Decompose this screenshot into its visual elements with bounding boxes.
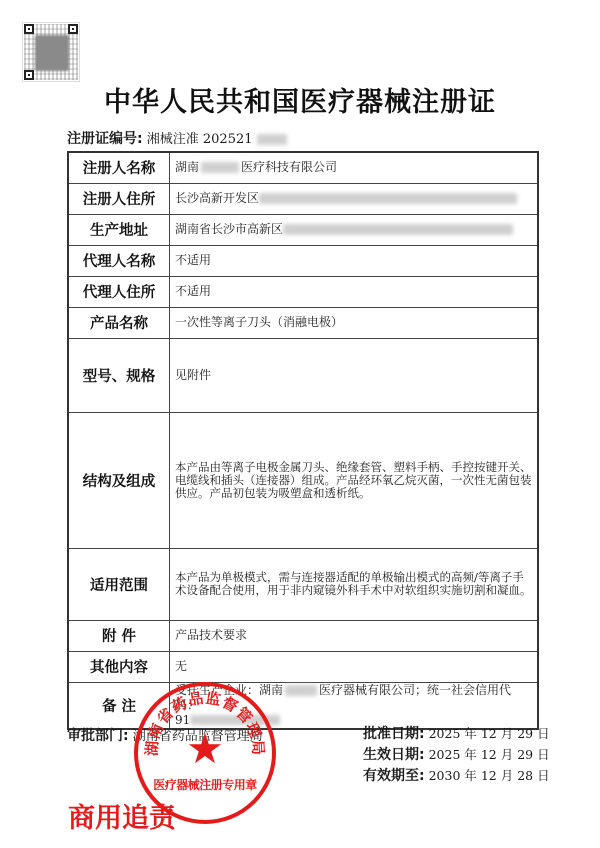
row-label: 适用范围 xyxy=(68,548,170,620)
value-text: 长沙高新开发区 xyxy=(175,191,259,205)
row-value: 见附件 xyxy=(170,338,539,412)
table-row: 产品名称 一次性等离子刀头（消融电极） xyxy=(68,307,538,338)
document-title: 中华人民共和国医疗器械注册证 xyxy=(0,80,600,119)
date-value: 2025 年 12 月 29 日 xyxy=(429,726,550,741)
row-value: 无 xyxy=(170,651,539,682)
watermark-text: 商用追责 xyxy=(68,796,176,835)
row-value: 不适用 xyxy=(170,245,539,276)
table-row: 型号、规格 见附件 xyxy=(68,338,538,412)
date-value: 2025 年 12 月 29 日 xyxy=(429,747,550,762)
registration-number-value: 湘械注准 202521 xyxy=(147,132,253,147)
table-row: 备 注 受托生产企业：湖南医疗器械有限公司；统一社会信用代码： 91 xyxy=(68,682,538,729)
row-label: 注册人住所 xyxy=(68,183,170,214)
approval-department-value: 湖南省药品监督管理局 xyxy=(133,729,263,744)
row-label: 代理人名称 xyxy=(68,245,170,276)
date-label: 有效期至: xyxy=(363,768,425,784)
table-row: 注册人名称 湖南医疗科技有限公司 xyxy=(68,152,538,183)
row-value: 湖南省长沙市高新区 xyxy=(170,214,539,245)
expiry-date: 有效期至: 2030 年 12 月 28 日 xyxy=(363,765,550,786)
table-row: 代理人住所 不适用 xyxy=(68,276,538,307)
date-label: 批准日期: xyxy=(363,726,425,742)
row-label: 生产地址 xyxy=(68,214,170,245)
table-row: 其他内容 无 xyxy=(68,651,538,682)
approval-date: 批准日期: 2025 年 12 月 29 日 xyxy=(363,723,550,744)
redacted-area xyxy=(190,715,280,725)
dates-block: 批准日期: 2025 年 12 月 29 日 生效日期: 2025 年 12 月… xyxy=(363,723,550,786)
certificate-table: 注册人名称 湖南医疗科技有限公司 注册人住所 长沙高新开发区 生产地址 湖南省长… xyxy=(67,151,539,730)
approval-department: 审批部门: 湖南省药品监督管理局 xyxy=(67,725,263,745)
redacted-area xyxy=(201,162,239,173)
seal-bottom-text: 医疗器械注册专用章 xyxy=(138,776,272,793)
redacted-area xyxy=(285,685,317,696)
row-label: 其他内容 xyxy=(68,651,170,682)
row-value: 长沙高新开发区 xyxy=(170,183,539,214)
row-value: 本产品由等离子电极金属刀头、绝缘套管、塑料手柄、手控按键开关、电缆线和插头（连接… xyxy=(170,412,539,548)
row-label: 型号、规格 xyxy=(68,338,170,412)
registration-number-label: 注册证编号: xyxy=(67,131,143,147)
registration-number: 注册证编号: 湘械注准 202521 xyxy=(67,128,287,148)
row-value: 产品技术要求 xyxy=(170,620,539,651)
table-row: 适用范围 本产品为单极模式，需与连接器适配的单极输出模式的高频/等离子手术设备配… xyxy=(68,548,538,620)
table-row: 代理人名称 不适用 xyxy=(68,245,538,276)
row-label: 结构及组成 xyxy=(68,412,170,548)
row-value: 受托生产企业：湖南医疗器械有限公司；统一社会信用代码： 91 xyxy=(170,682,539,729)
effective-date: 生效日期: 2025 年 12 月 29 日 xyxy=(363,744,550,765)
row-label: 附 件 xyxy=(68,620,170,651)
row-value: 一次性等离子刀头（消融电极） xyxy=(170,307,539,338)
table-row: 结构及组成 本产品由等离子电极金属刀头、绝缘套管、塑料手柄、手控按键开关、电缆线… xyxy=(68,412,538,548)
row-label: 产品名称 xyxy=(68,307,170,338)
date-value: 2030 年 12 月 28 日 xyxy=(429,768,550,783)
redacted-area xyxy=(259,193,517,204)
value-text: 受托生产企业：湖南 xyxy=(175,683,283,697)
redacted-area xyxy=(283,224,513,235)
row-label: 备 注 xyxy=(68,682,170,729)
approval-department-label: 审批部门: xyxy=(67,728,129,744)
qr-code xyxy=(22,22,80,82)
redacted-area xyxy=(257,134,287,145)
value-text: 湖南 xyxy=(175,160,199,174)
row-value: 不适用 xyxy=(170,276,539,307)
row-label: 注册人名称 xyxy=(68,152,170,183)
date-label: 生效日期: xyxy=(363,747,425,763)
value-text: 医疗科技有限公司 xyxy=(241,160,337,174)
row-value: 本产品为单极模式，需与连接器适配的单极输出模式的高频/等离子手术设备配合使用，用… xyxy=(170,548,539,620)
table-row: 注册人住所 长沙高新开发区 xyxy=(68,183,538,214)
table-row: 生产地址 湖南省长沙市高新区 xyxy=(68,214,538,245)
row-label: 代理人住所 xyxy=(68,276,170,307)
value-text: 湖南省长沙市高新区 xyxy=(175,222,283,236)
table-row: 附 件 产品技术要求 xyxy=(68,620,538,651)
row-value: 湖南医疗科技有限公司 xyxy=(170,152,539,183)
